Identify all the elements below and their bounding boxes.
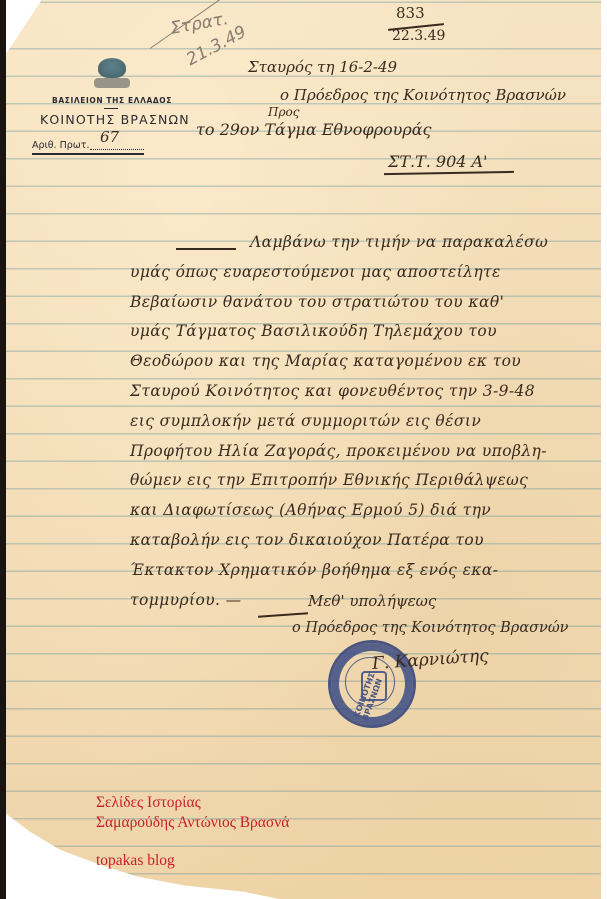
protocol-number: 67 [100,128,119,146]
registry-number: 833 [396,4,425,22]
letter-body: Λαμβάνω την τιμήν να παρακαλέσω υμάς όπω… [130,228,600,615]
body-line: Έκτακτον Χρηματικόν βοήθημα εξ ενός εκα- [130,556,600,586]
letterhead-community: ΚΟΙΝΟΤΗΣ ΒΡΑΣΝΩΝ [40,112,190,127]
letterhead-kingdom: ΒΑΣΙΛΕΙΟΝ ΤΗΣ ΕΛΛΑΔΟΣ [52,96,172,105]
royal-crest-icon [92,58,132,92]
watermark-author: Σαμαρούδης Αντώνιος Βρασνά [96,814,289,832]
protocol-label: Αριθ. Πρωτ. [32,140,89,151]
body-line: Θεοδώρου και της Μαρίας καταγομένου εκ τ… [130,347,600,377]
place-date: Σταυρός τη 16-2-49 [248,58,397,76]
to-label: Προς [268,105,299,119]
body-line: υμάς όπως ευαρεστούμενοι μας αποστείλητε [130,258,600,288]
body-line: Βεβαίωσιν θανάτου του στρατιώτου του καθ… [130,288,600,318]
protocol-underline [32,153,144,155]
closing-salutation: Μεθ' υπολήψεως [308,592,436,610]
military-post: ΣΤ.Τ. 904 Α' [388,152,488,171]
body-line: Προφήτου Ηλία Ζαγοράς, προκειμένου να υπ… [130,437,600,467]
body-line: καταβολήν εις τον δικαιούχον Πατέρα του [130,526,600,556]
body-line: θώμεν εις την Επιτροπήν Εθνικής Περιθάλψ… [130,466,600,496]
body-line: υμάς Τάγματος Βασιλικούδη Τηλεμάχου του [130,317,600,347]
recipient-line: το 29ον Τάγμα Εθνοφρουράς [196,120,432,139]
body-line: Σταυρού Κοινότητος και φονευθέντος την 3… [130,377,600,407]
sender-line: ο Πρόεδρος της Κοινότητος Βρασνών [280,86,566,104]
body-line: Λαμβάνω την τιμήν να παρακαλέσω [130,228,600,258]
letterhead-divider [104,108,118,109]
body-line: και Διαφωτίσεως (Αθήνας Ερμού 5) διά την [130,496,600,526]
scan-left-edge [0,0,6,899]
crest-base-shape [94,78,130,88]
registry-date: 22.3.49 [392,28,445,44]
watermark-blog: topakas blog [96,852,175,870]
watermark-title: Σελίδες Ιστορίας [96,794,201,812]
signatory-title: ο Πρόεδρος της Κοινότητος Βρασνών [292,620,568,636]
body-line: εις συμπλοκήν μετά συμμοριτών εις θέσιν [130,407,600,437]
protocol-dotted-line [90,149,144,150]
crest-crown-shape [98,58,126,78]
